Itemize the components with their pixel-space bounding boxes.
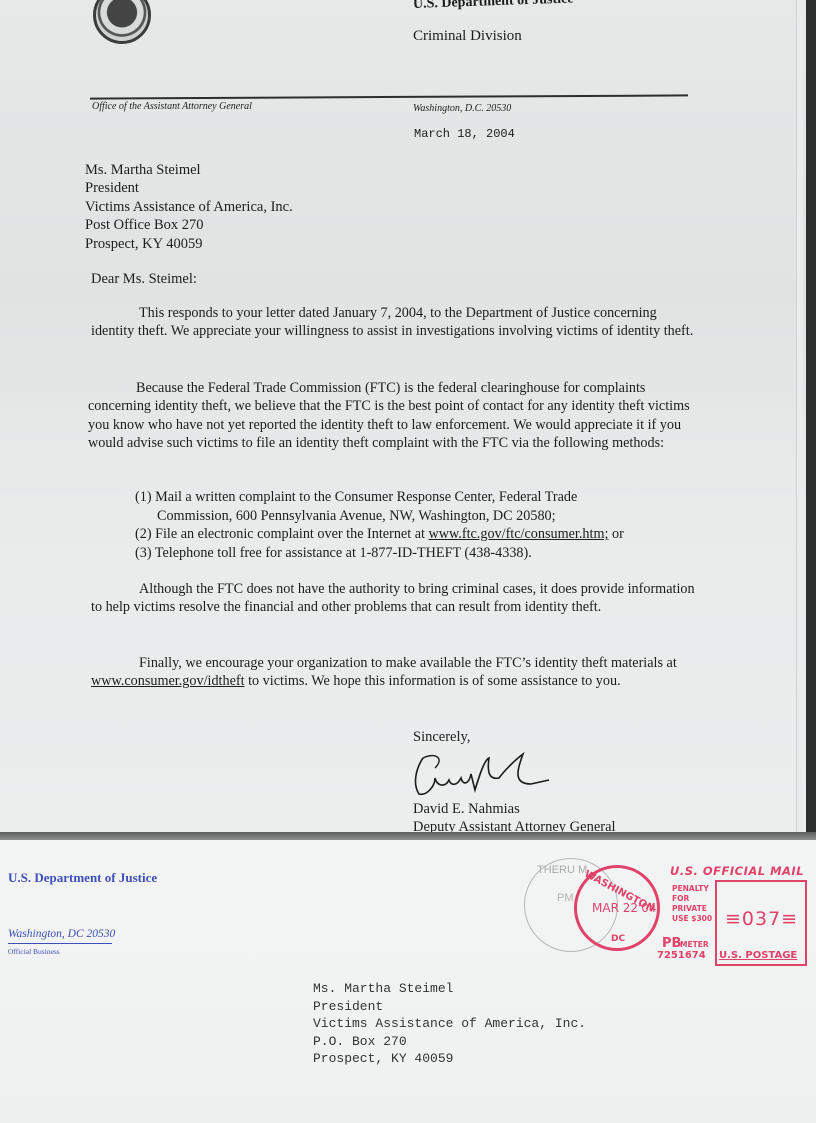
official-business-label: Official Business [8,947,60,956]
letter-date: March 18, 2004 [414,127,515,141]
closing: Sincerely, [413,729,470,746]
recipient-address: Ms. Martha Steimel President Victims Ass… [85,161,293,253]
envelope-return-department: U.S. Department of Justice [8,870,157,886]
salutation: Dear Ms. Steimel: [91,271,197,288]
recipient-city: Prospect, KY 40059 [85,235,293,253]
envelope-recipient-address: Ms. Martha Steimel President Victims Ass… [313,980,586,1068]
recipient-street: Post Office Box 270 [85,216,293,234]
meter-label: METER [680,940,709,949]
method-1: (1) Mail a written complaint to the Cons… [135,488,624,525]
meter-pb-label: PB [662,936,681,951]
envelope: U.S. Department of Justice Washington, D… [0,840,816,1123]
complaint-methods-list: (1) Mail a written complaint to the Cons… [135,488,624,562]
recipient-organization: Victims Assistance of America, Inc. [85,198,293,216]
meter-penalty-text: PENALTY FOR PRIVATE USE $300 [672,884,712,924]
recipient-title: President [85,179,293,197]
meter-title: U.S. OFFICIAL MAIL [670,864,804,878]
paragraph-2: Because the Federal Trade Commission (FT… [88,379,704,452]
letterhead-division: Criminal Division [413,28,522,45]
gray-postmark-pm: PM [557,892,574,904]
postmark-state: DC [611,934,625,944]
paragraph-1: This responds to your letter dated Janua… [91,304,701,341]
signer-name: David E. Nahmias [413,800,616,818]
letterhead-department: U.S. Department of Justice [413,0,574,13]
meter-number: 7251674 [657,950,706,961]
signature-icon [405,750,555,800]
fold-shadow [0,832,816,840]
doj-seal-icon [93,0,151,44]
letter-page: U.S. Department of Justice Criminal Divi… [0,0,806,838]
idtheft-link[interactable]: www.consumer.gov/idtheft [91,673,245,689]
letterhead-office: Office of the Assistant Attorney General [92,101,252,112]
paragraph-3: Although the FTC does not have the autho… [91,580,701,617]
paragraph-4: Finally, we encourage your organization … [91,654,701,691]
meter-amount: ≡037≡ [725,908,798,930]
recipient-name: Ms. Martha Steimel [85,161,293,179]
envelope-return-city: Washington, DC 20530 [8,928,115,940]
gray-postmark-text: THERU M [537,864,587,876]
page-edge [796,0,803,838]
postmark-date: MAR 22'04 [592,901,657,915]
method-3: (3) Telephone toll free for assistance a… [135,544,624,563]
signer-block: David E. Nahmias Deputy Assistant Attorn… [413,800,616,836]
letterhead-rule [90,94,688,99]
meter-postage-label: U.S. POSTAGE [719,950,797,961]
method-2: (2) File an electronic complaint over th… [135,525,624,544]
ftc-complaint-link[interactable]: www.ftc.gov/ftc/consumer.htm; [428,526,608,542]
letterhead-city: Washington, D.C. 20530 [413,103,511,114]
envelope-rule [8,943,112,944]
